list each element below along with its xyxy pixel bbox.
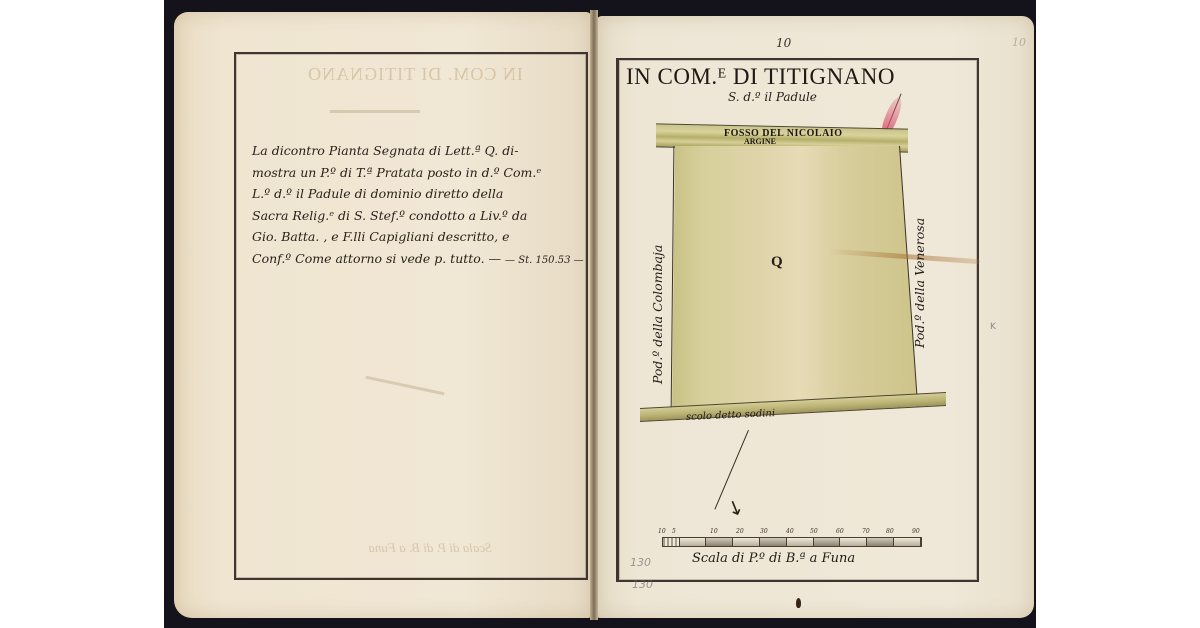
scale-segment	[867, 538, 894, 546]
description-line: La dicontro Pianta Segnata di Lett.ª Q. …	[252, 140, 582, 162]
bleed-through-title: IN COM. DI TITIGNANO	[250, 64, 580, 85]
page-number: 10	[776, 36, 791, 50]
book-gutter	[590, 10, 598, 620]
scale-bar	[662, 537, 922, 547]
description-line: Gio. Batta. , e F.lli Capigliani descrit…	[252, 226, 582, 248]
ink-blot	[796, 598, 801, 608]
parcel-q	[672, 146, 918, 412]
scale-segment	[760, 538, 787, 546]
scale-segment	[894, 538, 921, 546]
scale-caption: Scala di P.º di B.ª a Funa	[692, 551, 855, 566]
scale-segment	[787, 538, 814, 546]
bleed-through-mark	[330, 110, 420, 113]
pencil-margin-letter: K	[990, 322, 996, 332]
description-line: Sacra Relig.ᵉ di S. Stef.º condotto a Li…	[252, 205, 582, 227]
pencil-folio-number: 130	[632, 578, 653, 591]
east-neighbor-label: Pod.º della Venerosa	[912, 218, 927, 348]
map-subtitle: S. d.º il Padule	[728, 90, 817, 104]
north-boundary-label: FOSSO DEL NICOLAIO	[724, 128, 842, 139]
scale-segment	[840, 538, 867, 546]
scale-segment	[706, 538, 733, 546]
scale-segment	[814, 538, 841, 546]
scale-tick: 60	[836, 528, 844, 535]
scale-segment	[663, 538, 680, 546]
scale-tick: 50	[810, 528, 818, 535]
parcel-letter: Q	[771, 254, 783, 271]
description-line: L.º d.º il Padule di dominio diretto del…	[252, 183, 582, 205]
pencil-folio-number: 130	[630, 556, 651, 569]
left-page-frame	[234, 52, 588, 580]
scale-segment	[680, 538, 707, 546]
description-line: mostra un P.º di T.ª Pratata posto in d.…	[252, 162, 582, 184]
map-title: IN COM.ᴱ DI TITIGNANO	[626, 64, 895, 90]
scale-tick: 90	[912, 528, 920, 535]
north-boundary-sublabel: ARGINE	[744, 137, 776, 146]
scale-tick: 70	[862, 528, 870, 535]
description-line: Conf.º Come attorno si vede p. tutto. — …	[252, 248, 582, 272]
area-reference: — St. 150.53 —	[505, 255, 584, 266]
scale-tick: 40	[786, 528, 794, 535]
scale-tick: 10	[658, 528, 666, 535]
scale-segment	[733, 538, 760, 546]
description-line-text: Conf.º Come attorno si vede p. tutto. —	[252, 251, 501, 266]
west-neighbor-label: Pod.º della Colombaja	[650, 245, 665, 384]
scale-tick: 80	[886, 528, 894, 535]
scale-tick: 20	[736, 528, 744, 535]
scale-tick: 10	[710, 528, 718, 535]
parcel-description: La dicontro Pianta Segnata di Lett.ª Q. …	[252, 140, 582, 271]
scale-tick: 30	[760, 528, 768, 535]
bleed-through-scale-caption: Scala di P. di B. a Funa	[300, 540, 560, 556]
scale-tick: 5	[672, 528, 676, 535]
page-number-faint: 10	[1012, 36, 1026, 49]
